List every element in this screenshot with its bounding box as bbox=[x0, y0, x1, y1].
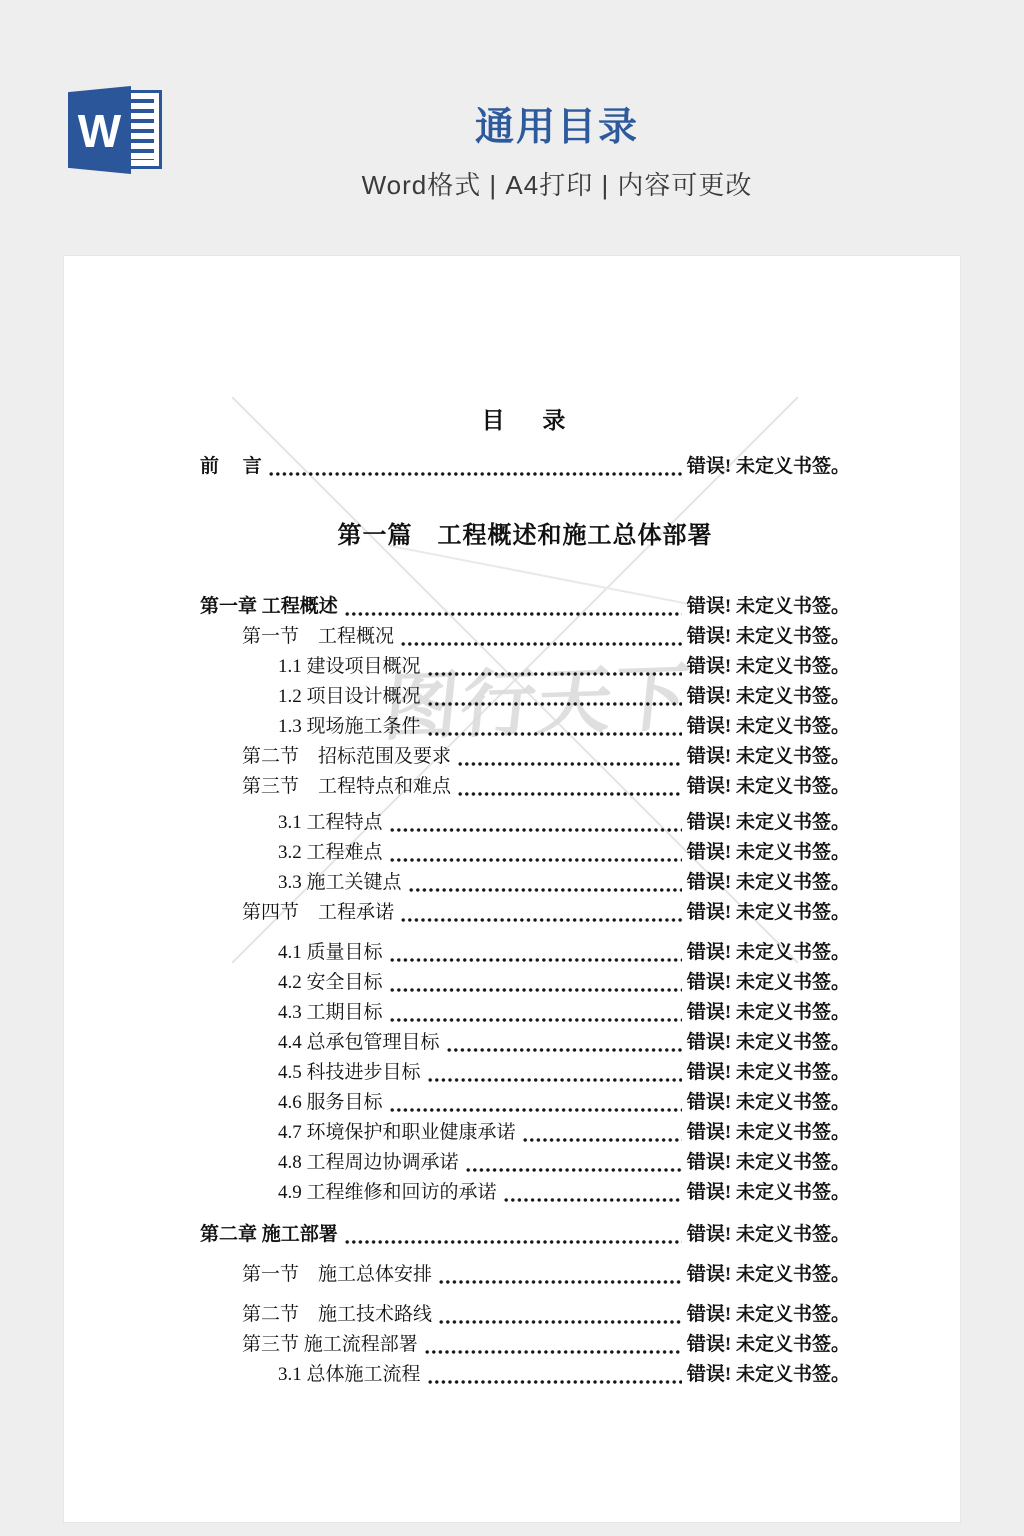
toc-entry-label: 3.1 总体施工流程 bbox=[278, 1360, 421, 1390]
dot-leader bbox=[427, 712, 682, 742]
dot-leader bbox=[427, 652, 682, 682]
dot-leader bbox=[389, 1088, 682, 1118]
dot-leader bbox=[268, 452, 682, 482]
toc-content: 目 录 前 言错误! 未定义书签。第一篇 工程概述和施工总体部署第一章 工程概述… bbox=[64, 256, 850, 1390]
toc-entry: 4.8 工程周边协调承诺错误! 未定义书签。 bbox=[200, 1148, 850, 1178]
toc-entry: 4.5 科技进步目标错误! 未定义书签。 bbox=[200, 1058, 850, 1088]
toc-entry: 4.6 服务目标错误! 未定义书签。 bbox=[200, 1088, 850, 1118]
toc-entry-label: 第二节 施工技术路线 bbox=[242, 1300, 432, 1330]
toc-entry-label: 第四节 工程承诺 bbox=[242, 898, 394, 928]
toc-entry-error-text: 错误! 未定义书签。 bbox=[687, 938, 850, 968]
toc-entry-error-text: 错误! 未定义书签。 bbox=[687, 808, 850, 838]
toc-entry-error-text: 错误! 未定义书签。 bbox=[687, 868, 850, 898]
toc-entry-label: 3.3 施工关键点 bbox=[278, 868, 402, 898]
toc-entry: 第二章 施工部署错误! 未定义书签。 bbox=[200, 1220, 850, 1250]
toc-entry: 3.2 工程难点错误! 未定义书签。 bbox=[200, 838, 850, 868]
toc-entry: 4.7 环境保护和职业健康承诺错误! 未定义书签。 bbox=[200, 1118, 850, 1148]
toc-entry: 前 言错误! 未定义书签。 bbox=[200, 452, 850, 482]
dot-leader bbox=[389, 998, 682, 1028]
toc-entry: 4.2 安全目标错误! 未定义书签。 bbox=[200, 968, 850, 998]
toc-entry: 1.1 建设项目概况错误! 未定义书签。 bbox=[200, 652, 850, 682]
toc-entry-label: 前 言 bbox=[200, 452, 262, 482]
toc-entry-label: 4.1 质量目标 bbox=[278, 938, 383, 968]
toc-entry: 第二节 招标范围及要求错误! 未定义书签。 bbox=[200, 742, 850, 772]
toc-entry-error-text: 错误! 未定义书签。 bbox=[687, 1118, 850, 1148]
toc-entry-error-text: 错误! 未定义书签。 bbox=[687, 682, 850, 712]
toc-entry-error-text: 错误! 未定义书签。 bbox=[687, 742, 850, 772]
toc-entry-label: 第三节 工程特点和难点 bbox=[242, 772, 451, 802]
toc-entry-label: 4.8 工程周边协调承诺 bbox=[278, 1148, 459, 1178]
dot-leader bbox=[344, 592, 682, 622]
toc-entry: 第四节 工程承诺错误! 未定义书签。 bbox=[200, 898, 850, 928]
dot-leader bbox=[389, 968, 682, 998]
template-preview: { "header": { "title": "通用目录", "subtitle… bbox=[0, 0, 1024, 1536]
toc-entry: 4.4 总承包管理目标错误! 未定义书签。 bbox=[200, 1028, 850, 1058]
dot-leader bbox=[344, 1220, 682, 1250]
toc-entry: 1.2 项目设计概况错误! 未定义书签。 bbox=[200, 682, 850, 712]
toc-entry-label: 第三节 施工流程部署 bbox=[242, 1330, 418, 1360]
toc-entry-label: 4.3 工期目标 bbox=[278, 998, 383, 1028]
toc-entry-error-text: 错误! 未定义书签。 bbox=[687, 1220, 850, 1250]
toc-entry-error-text: 错误! 未定义书签。 bbox=[687, 1028, 850, 1058]
toc-entry-error-text: 错误! 未定义书签。 bbox=[687, 1360, 850, 1390]
toc-entry-label: 4.7 环境保护和职业健康承诺 bbox=[278, 1118, 516, 1148]
toc-entry: 第一节 施工总体安排错误! 未定义书签。 bbox=[200, 1260, 850, 1290]
toc-entry-error-text: 错误! 未定义书签。 bbox=[687, 1300, 850, 1330]
toc-title: 目 录 bbox=[200, 406, 850, 436]
dot-leader bbox=[389, 808, 682, 838]
toc-entry-label: 第一节 工程概况 bbox=[242, 622, 394, 652]
toc-entry: 4.3 工期目标错误! 未定义书签。 bbox=[200, 998, 850, 1028]
toc-entry-label: 4.6 服务目标 bbox=[278, 1088, 383, 1118]
toc-entry-label: 第一章 工程概述 bbox=[200, 592, 338, 622]
toc-entry-error-text: 错误! 未定义书签。 bbox=[687, 1330, 850, 1360]
template-banner: W 通用目录 Word格式 | A4打印 | 内容可更改 bbox=[0, 0, 1024, 256]
dot-leader bbox=[408, 868, 682, 898]
toc-entry-error-text: 错误! 未定义书签。 bbox=[687, 772, 850, 802]
toc-entry-error-text: 错误! 未定义书签。 bbox=[687, 652, 850, 682]
toc-entry: 第三节 工程特点和难点错误! 未定义书签。 bbox=[200, 772, 850, 802]
dot-leader bbox=[400, 898, 682, 928]
dot-leader bbox=[427, 682, 682, 712]
toc-entry-label: 第一节 施工总体安排 bbox=[242, 1260, 432, 1290]
toc-entry-label: 4.4 总承包管理目标 bbox=[278, 1028, 440, 1058]
dot-leader bbox=[427, 1058, 682, 1088]
dot-leader bbox=[427, 1360, 682, 1390]
toc-entry: 第二节 施工技术路线错误! 未定义书签。 bbox=[200, 1300, 850, 1330]
toc-entry-error-text: 错误! 未定义书签。 bbox=[687, 452, 850, 482]
toc-entry: 1.3 现场施工条件错误! 未定义书签。 bbox=[200, 712, 850, 742]
toc-entry-error-text: 错误! 未定义书签。 bbox=[687, 592, 850, 622]
toc-entry-label: 1.3 现场施工条件 bbox=[278, 712, 421, 742]
dot-leader bbox=[522, 1118, 682, 1148]
toc-entry-error-text: 错误! 未定义书签。 bbox=[687, 998, 850, 1028]
document-page: 图行天下 目 录 前 言错误! 未定义书签。第一篇 工程概述和施工总体部署第一章… bbox=[64, 256, 960, 1522]
dot-leader bbox=[446, 1028, 682, 1058]
toc-entry-label: 1.1 建设项目概况 bbox=[278, 652, 421, 682]
toc-entry-error-text: 错误! 未定义书签。 bbox=[687, 1178, 850, 1208]
toc-entry: 第一章 工程概述错误! 未定义书签。 bbox=[200, 592, 850, 622]
toc-entry-label: 3.2 工程难点 bbox=[278, 838, 383, 868]
template-title: 通用目录 bbox=[90, 96, 1024, 152]
toc-entry: 第三节 施工流程部署错误! 未定义书签。 bbox=[200, 1330, 850, 1360]
toc-entry-label: 4.2 安全目标 bbox=[278, 968, 383, 998]
dot-leader bbox=[438, 1260, 682, 1290]
toc-entry: 3.1 工程特点错误! 未定义书签。 bbox=[200, 808, 850, 838]
toc-entry: 3.3 施工关键点错误! 未定义书签。 bbox=[200, 868, 850, 898]
toc-entry-label: 第二节 招标范围及要求 bbox=[242, 742, 451, 772]
dot-leader bbox=[389, 938, 682, 968]
toc-entry: 3.1 总体施工流程错误! 未定义书签。 bbox=[200, 1360, 850, 1390]
dot-leader bbox=[438, 1300, 682, 1330]
template-subtitle: Word格式 | A4打印 | 内容可更改 bbox=[90, 165, 1024, 202]
toc-entry: 4.1 质量目标错误! 未定义书签。 bbox=[200, 938, 850, 968]
toc-entry-label: 4.9 工程维修和回访的承诺 bbox=[278, 1178, 497, 1208]
toc-entry-error-text: 错误! 未定义书签。 bbox=[687, 1148, 850, 1178]
toc-entry-error-text: 错误! 未定义书签。 bbox=[687, 838, 850, 868]
toc-list: 前 言错误! 未定义书签。第一篇 工程概述和施工总体部署第一章 工程概述错误! … bbox=[200, 452, 850, 1390]
toc-entry-label: 1.2 项目设计概况 bbox=[278, 682, 421, 712]
toc-entry: 4.9 工程维修和回访的承诺错误! 未定义书签。 bbox=[200, 1178, 850, 1208]
toc-entry-label: 4.5 科技进步目标 bbox=[278, 1058, 421, 1088]
dot-leader bbox=[503, 1178, 682, 1208]
banner-text: 通用目录 Word格式 | A4打印 | 内容可更改 bbox=[90, 0, 1024, 202]
toc-entry: 第一节 工程概况错误! 未定义书签。 bbox=[200, 622, 850, 652]
toc-entry-error-text: 错误! 未定义书签。 bbox=[687, 968, 850, 998]
dot-leader bbox=[465, 1148, 682, 1178]
part-heading: 第一篇 工程概述和施工总体部署 bbox=[200, 514, 850, 558]
dot-leader bbox=[424, 1330, 682, 1360]
dot-leader bbox=[457, 772, 682, 802]
dot-leader bbox=[389, 838, 682, 868]
dot-leader bbox=[457, 742, 682, 772]
toc-entry-error-text: 错误! 未定义书签。 bbox=[687, 1260, 850, 1290]
toc-entry-error-text: 错误! 未定义书签。 bbox=[687, 712, 850, 742]
toc-entry-label: 3.1 工程特点 bbox=[278, 808, 383, 838]
toc-entry-error-text: 错误! 未定义书签。 bbox=[687, 622, 850, 652]
toc-entry-error-text: 错误! 未定义书签。 bbox=[687, 1088, 850, 1118]
toc-entry-error-text: 错误! 未定义书签。 bbox=[687, 1058, 850, 1088]
toc-entry-error-text: 错误! 未定义书签。 bbox=[687, 898, 850, 928]
toc-entry-label: 第二章 施工部署 bbox=[200, 1220, 338, 1250]
dot-leader bbox=[400, 622, 682, 652]
